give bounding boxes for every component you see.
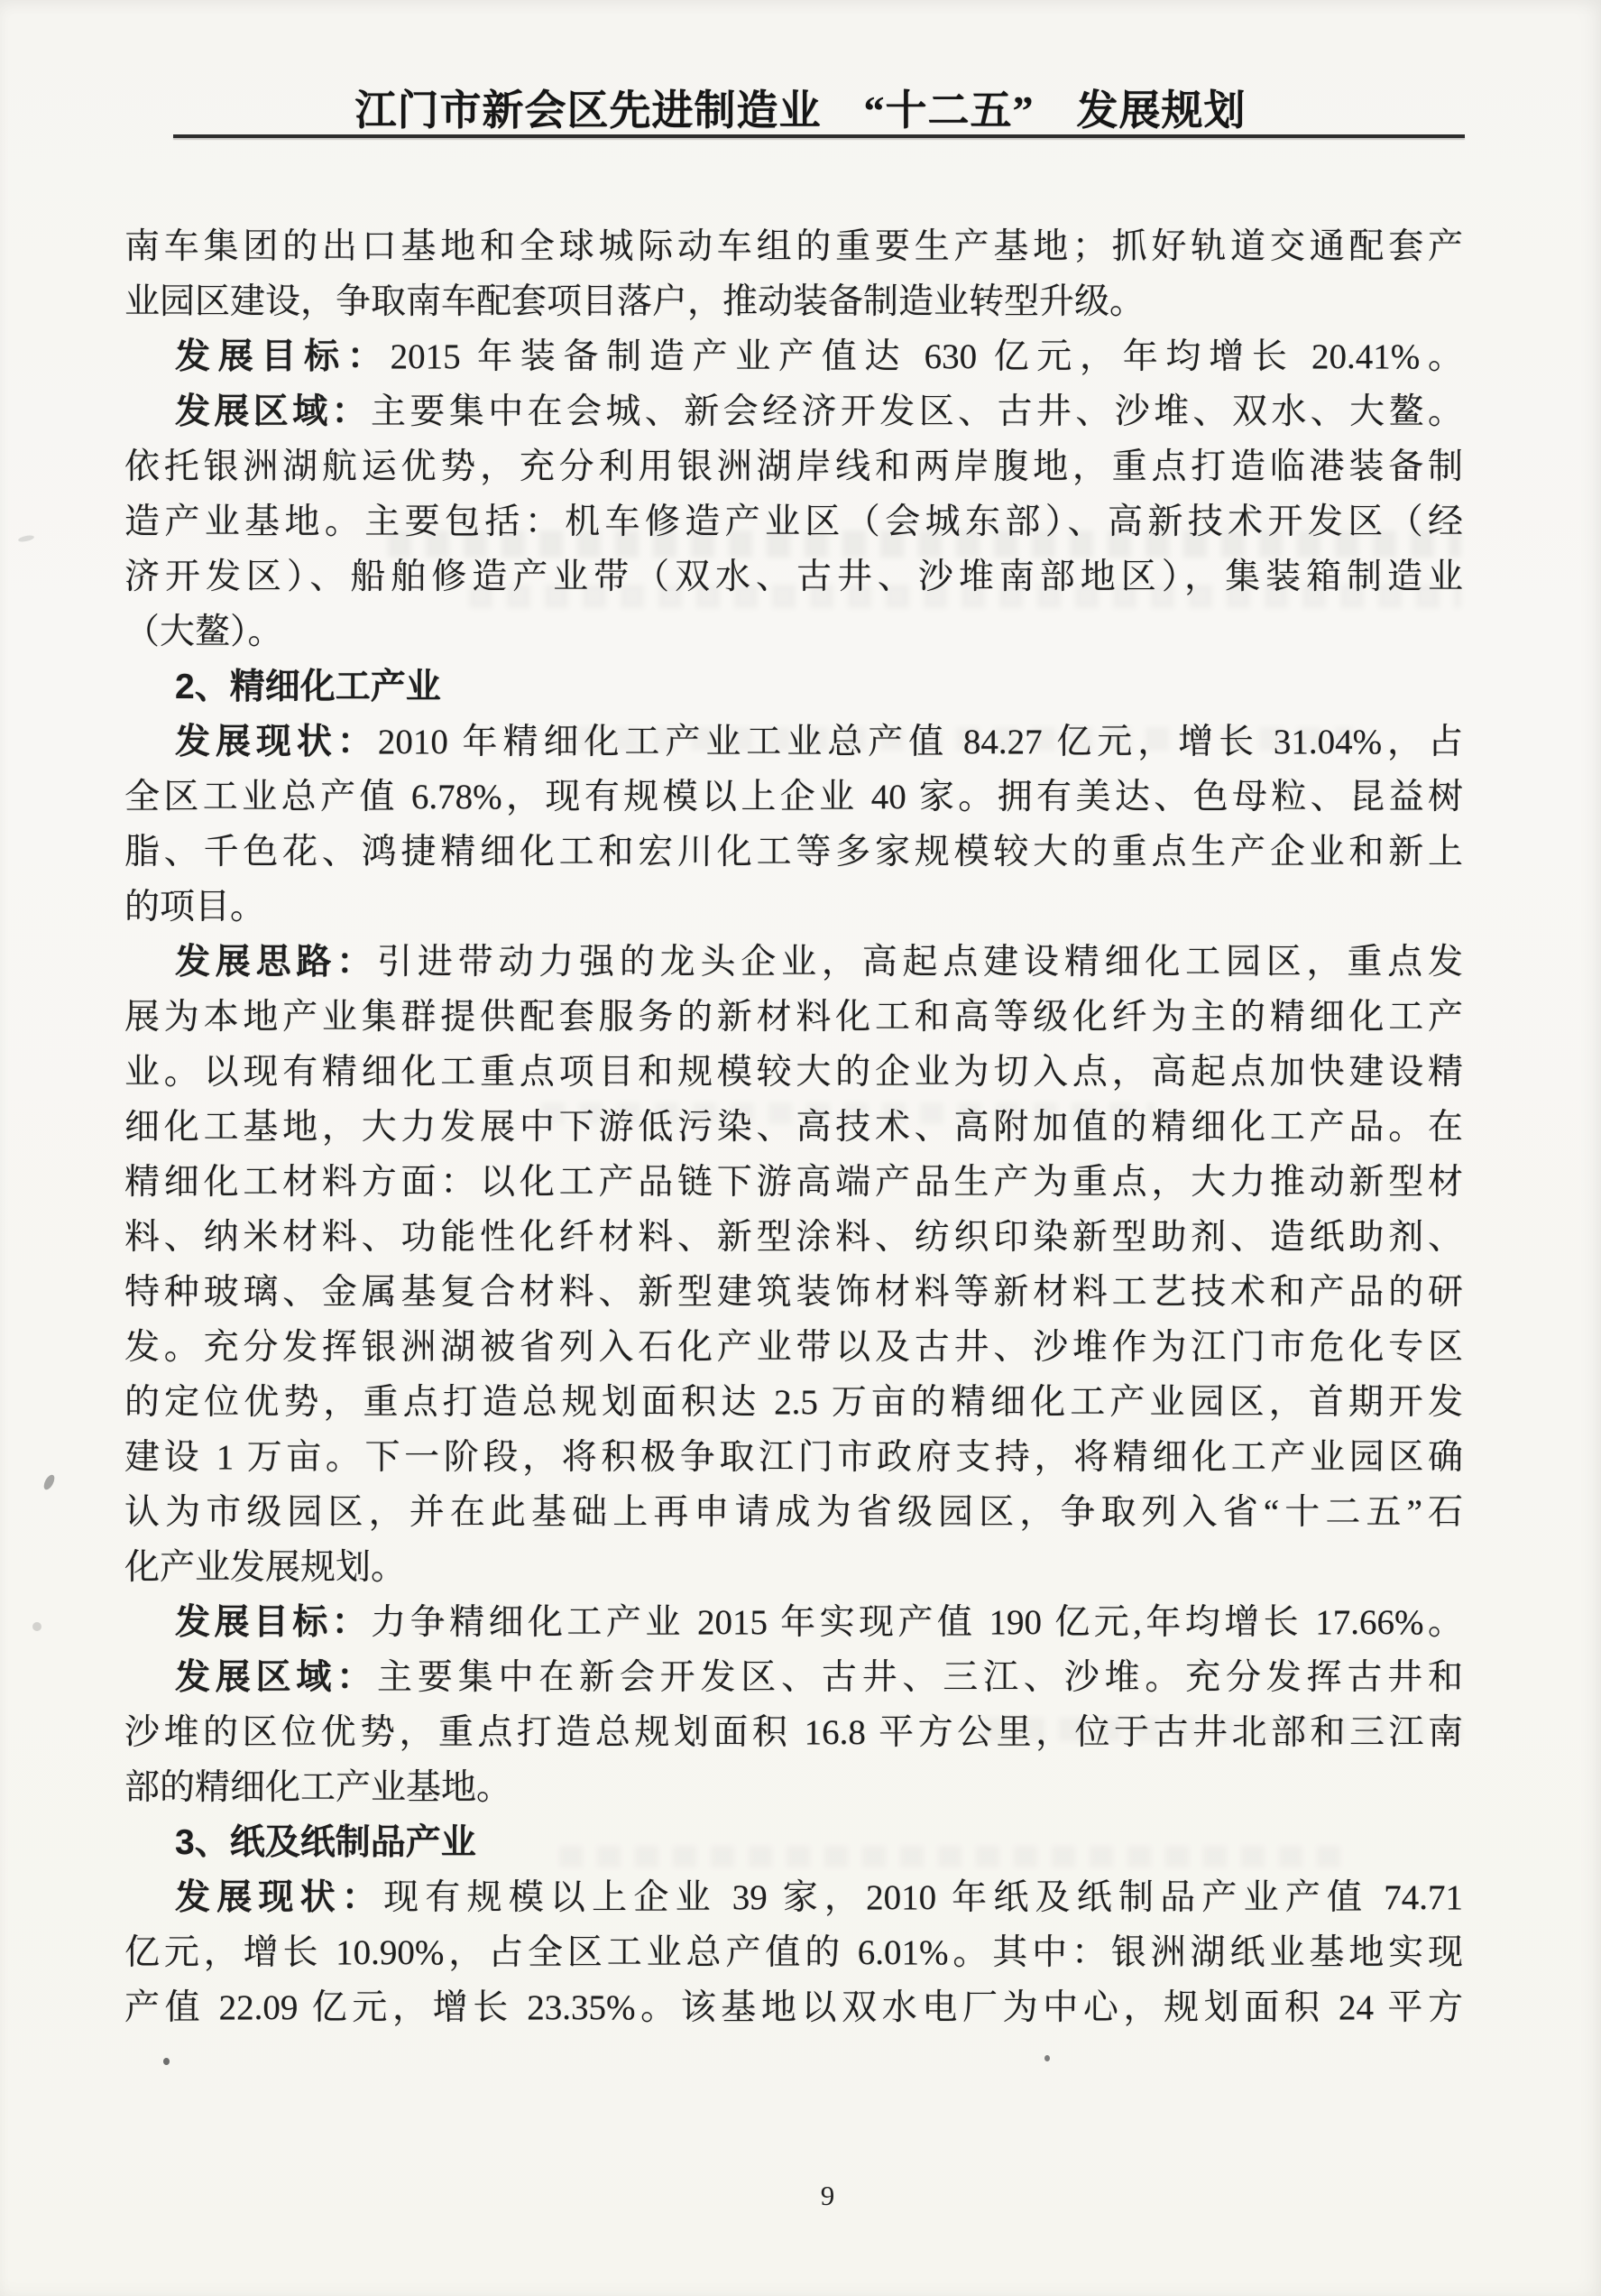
document-body: 南车集团的出口基地和全球城际动车组的重要生产基地；抓好轨道交通配套产业园区建设，… xyxy=(124,219,1463,2035)
text-line: 发展目标：力争精细化工产业 2015 年实现产值 190 亿元,年均增长 17.… xyxy=(124,1595,1463,1650)
text-line: 展为本地产业集群提供配套服务的新材料化工和高等级化纤为主的精细化工产 xyxy=(124,990,1463,1045)
text-line: 全区工业总产值 6.78%，现有规模以上企业 40 家。拥有美达、色母粒、昆益树 xyxy=(124,770,1463,825)
scan-mark xyxy=(32,1622,41,1631)
scan-mark xyxy=(41,1473,56,1491)
page-number: 9 xyxy=(27,2180,1601,2212)
text-line: 发展现状：现有规模以上企业 39 家，2010 年纸及纸制品产业产值 74.71 xyxy=(124,1870,1463,1925)
run-in-label: 发展区域： xyxy=(175,1658,377,1697)
text-line: 化产业发展规划。 xyxy=(124,1540,1463,1595)
heading-line: 3、纸及纸制品产业 xyxy=(124,1815,1463,1870)
heading-line: 2、精细化工产业 xyxy=(124,659,1463,715)
run-in-label: 发展现状： xyxy=(175,1878,383,1917)
text-line: 业。以现有精细化工重点项目和规模较大的企业为切入点，高起点加快建设精 xyxy=(124,1045,1463,1100)
scanned-page: { "header": { "title": "江门市新会区先进制造业 “十二五… xyxy=(0,0,1601,2296)
text-line: （大鳌）。 xyxy=(124,604,1463,659)
scan-mark xyxy=(18,534,35,543)
run-in-label: 发展区域： xyxy=(175,392,371,431)
text-line: 精细化工材料方面：以化工产品链下游高端产品生产为重点，大力推动新型材 xyxy=(124,1155,1463,1210)
text-line: 发展现状：2010 年精细化工产业工业总产值 84.27 亿元，增长 31.04… xyxy=(124,715,1463,770)
text-line: 细化工基地，大力发展中下游低污染、高技术、高附加值的精细化工产品。在 xyxy=(124,1100,1463,1155)
text-line: 特种玻璃、金属基复合材料、新型建筑装饰材料等新材料工艺技术和产品的研 xyxy=(124,1265,1463,1320)
text-line: 发展区域：主要集中在新会开发区、古井、三江、沙堆。充分发挥古井和 xyxy=(124,1650,1463,1705)
scan-speck xyxy=(1044,2055,1050,2061)
text-line: 济开发区）、船舶修造产业带（双水、古井、沙堆南部地区），集装箱制造业 xyxy=(124,549,1463,604)
text-line: 发展区域：主要集中在会城、新会经济开发区、古井、沙堆、双水、大鳌。 xyxy=(124,384,1463,439)
text-line: 发。充分发挥银洲湖被省列入石化产业带以及古井、沙堆作为江门市危化专区 xyxy=(124,1320,1463,1375)
text-line: 沙堆的区位优势，重点打造总规划面积 16.8 平方公里，位于古井北部和三江南 xyxy=(124,1705,1463,1760)
text-line: 脂、千色花、鸿捷精细化工和宏川化工等多家规模较大的重点生产企业和新上 xyxy=(124,825,1463,880)
text-line: 产值 22.09 亿元，增长 23.35%。该基地以双水电厂为中心，规划面积 2… xyxy=(124,1980,1463,2035)
scan-speck xyxy=(163,2058,170,2065)
text-line: 的项目。 xyxy=(124,880,1463,935)
run-in-label: 发展现状： xyxy=(175,723,378,761)
run-in-label: 发展思路： xyxy=(175,943,377,982)
text-line: 发展目标：2015 年装备制造产业产值达 630 亿元，年均增长 20.41%。 xyxy=(124,329,1463,384)
text-line: 亿元，增长 10.90%，占全区工业总产值的 6.01%。其中：银洲湖纸业基地实… xyxy=(124,1925,1463,1980)
header-rule xyxy=(173,134,1465,138)
run-in-label: 发展目标： xyxy=(175,337,391,376)
text-line: 造产业基地。主要包括：机车修造产业区（会城东部）、高新技术开发区（经 xyxy=(124,494,1463,549)
text-line: 依托银洲湖航运优势，充分利用银洲湖岸线和两岸腹地，重点打造临港装备制 xyxy=(124,439,1463,494)
text-line: 认为市级园区，并在此基础上再申请成为省级园区，争取列入省“十二五”石 xyxy=(124,1485,1463,1540)
text-line: 料、纳米材料、功能性化纤材料、新型涂料、纺织印染新型助剂、造纸助剂、 xyxy=(124,1210,1463,1265)
text-line: 业园区建设，争取南车配套项目落户，推动装备制造业转型升级。 xyxy=(124,274,1463,329)
document-title: 江门市新会区先进制造业 “十二五” 发展规划 xyxy=(0,78,1601,137)
text-line: 南车集团的出口基地和全球城际动车组的重要生产基地；抓好轨道交通配套产 xyxy=(124,219,1463,274)
text-line: 发展思路：引进带动力强的龙头企业，高起点建设精细化工园区，重点发 xyxy=(124,935,1463,990)
text-line: 建设 1 万亩。下一阶段，将积极争取江门市政府支持，将精细化工产业园区确 xyxy=(124,1430,1463,1485)
text-line: 部的精细化工产业基地。 xyxy=(124,1760,1463,1815)
run-in-label: 发展目标： xyxy=(175,1603,371,1642)
text-line: 的定位优势，重点打造总规划面积达 2.5 万亩的精细化工产业园区，首期开发 xyxy=(124,1375,1463,1430)
